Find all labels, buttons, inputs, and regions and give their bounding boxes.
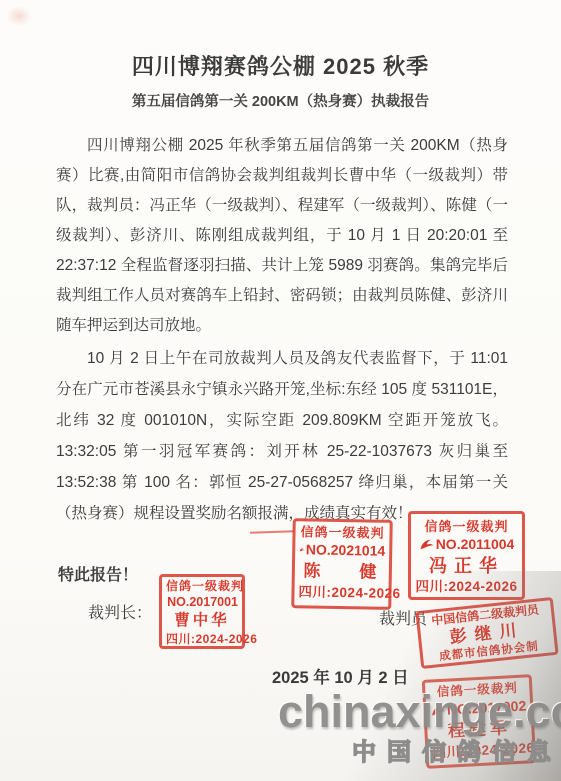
report-date: 2025 年 10 月 2 日 — [272, 664, 409, 688]
page-subtitle: 第五届信鸽第一关 200KM（热身赛）执裁报告 — [0, 90, 561, 111]
stamp-peng-jichuan: 中国信鸽二级裁判员 彭继川 成都市信鸽协会制 — [415, 597, 558, 669]
ink-smudge — [6, 6, 32, 26]
pigeon-logo-icon — [419, 538, 435, 551]
stamp-judge-name: 冯正华 — [415, 554, 518, 578]
stamp-grade-label: 信鸽一级裁判 — [299, 523, 385, 541]
stamp-validity: 四川:2024-2026 — [166, 631, 238, 647]
report-paragraph-1: 四川博翔公棚 2025 年秋季第五届信鸽第一关 200KM（热身赛）比赛,由简阳… — [56, 131, 508, 341]
stamp-validity: 四川:2024-2026 — [415, 578, 518, 596]
pigeon-logo-icon — [299, 543, 305, 556]
chief-judge-label: 裁判长： — [88, 600, 152, 623]
stamp-grade-label: 信鸽一级裁判 — [166, 579, 238, 594]
stamp-grade-label: 信鸽一级裁判 — [415, 518, 518, 535]
stamp-cao-zhonghua: 信鸽一级裁判 NO.2017001 曹中华 四川:2024-2026 — [159, 574, 245, 649]
stamp-number: NO.2021014 — [306, 540, 386, 560]
stamp-validity: 四川:2024-2026 — [298, 583, 384, 602]
stamp-judge-name: 曹中华 — [166, 611, 238, 631]
page-title: 四川博翔赛鸽公棚 2025 秋季 — [0, 50, 561, 81]
stamp-feng-zhenghua: 信鸽一级裁判 NO.2011004 冯正华 四川:2024-2026 — [408, 511, 525, 600]
closing-statement: 特此报告！ — [58, 562, 138, 585]
stray-stamp-mark — [250, 530, 294, 534]
stamp-number: NO.2011004 — [436, 535, 515, 554]
watermark-site-url: chinaxinge.com — [278, 686, 561, 738]
watermark-site-name: 中国信鸽信息网 — [352, 732, 561, 767]
report-paragraph-2: 10 月 2 日上午在司放裁判人员及鸽友代表监督下，于 11:01 分在广元市苍… — [56, 343, 508, 529]
stamp-judge-name: 陈 健 — [299, 559, 385, 584]
stamp-number: NO.2017001 — [167, 594, 238, 611]
stamp-chen-jian: 信鸽一级裁判 NO.2021014 陈 健 四川:2024-2026 — [291, 518, 393, 610]
report-page: 四川博翔赛鸽公棚 2025 秋季 第五届信鸽第一关 200KM（热身赛）执裁报告… — [0, 0, 561, 781]
